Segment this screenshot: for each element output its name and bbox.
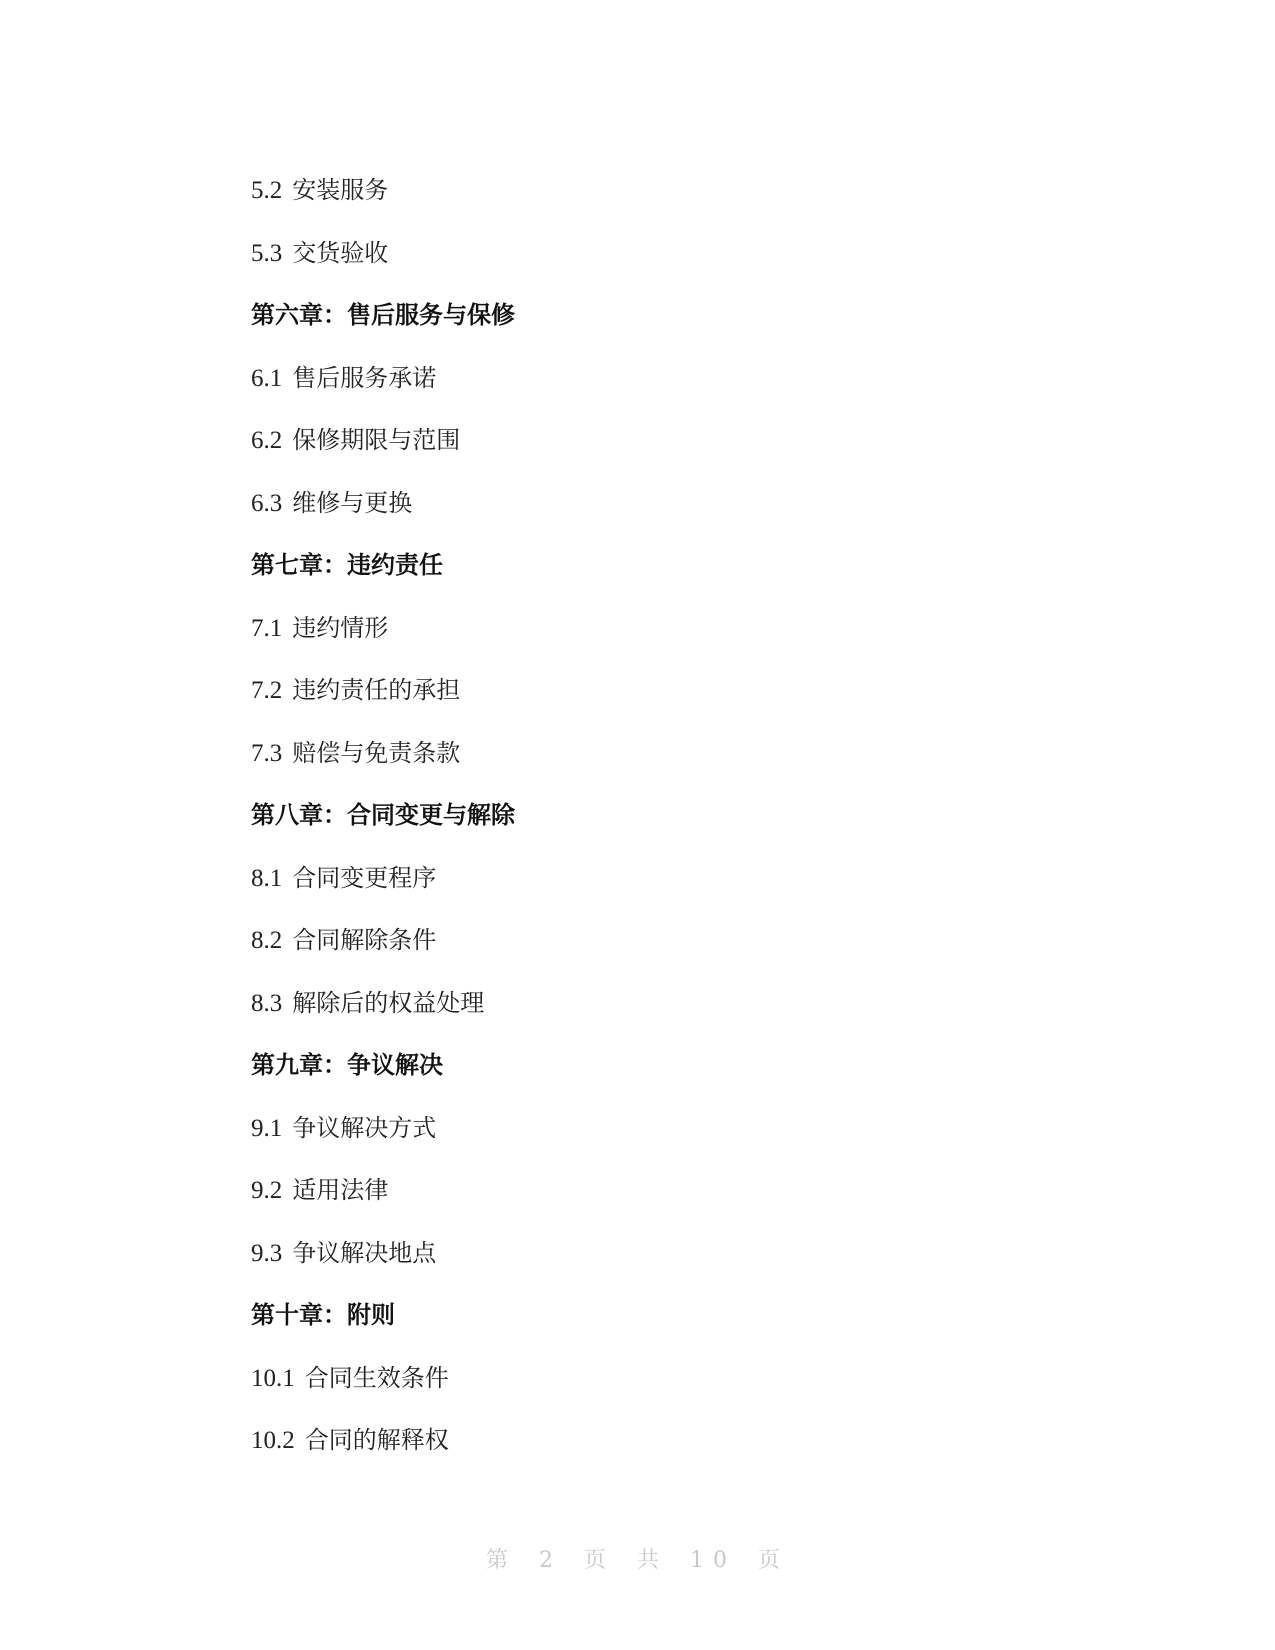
section-title: 交货验收 [292, 239, 388, 267]
section-number: 9.2 [251, 1173, 282, 1209]
section-number: 7.1 [251, 611, 282, 647]
section-title: 违约情形 [292, 614, 388, 642]
page-number-label: 第 2 页 共 10 页 [486, 1548, 789, 1573]
toc-section-7-1: 7.1违约情形 [251, 610, 515, 673]
toc-section-9-1: 9.1争议解决方式 [251, 1110, 515, 1173]
chapter-title: 第八章：合同变更与解除 [251, 801, 515, 829]
chapter-title: 第七章：违约责任 [251, 551, 443, 579]
toc-section-6-1: 6.1售后服务承诺 [251, 360, 515, 423]
toc-section-5-3: 5.3交货验收 [251, 235, 515, 298]
chapter-title: 第九章：争议解决 [251, 1051, 443, 1079]
section-number: 10.1 [251, 1361, 295, 1397]
section-title: 违约责任的承担 [292, 676, 460, 704]
section-title: 售后服务承诺 [292, 364, 436, 392]
toc-chapter-6: 第六章：售后服务与保修 [251, 297, 515, 360]
table-of-contents: 5.2安装服务 5.3交货验收 第六章：售后服务与保修 6.1售后服务承诺 6.… [251, 172, 515, 1485]
chapter-title: 第十章：附则 [251, 1301, 395, 1329]
toc-chapter-7: 第七章：违约责任 [251, 547, 515, 610]
toc-section-9-3: 9.3争议解决地点 [251, 1235, 515, 1298]
section-number: 8.1 [251, 861, 282, 897]
toc-chapter-10: 第十章：附则 [251, 1297, 515, 1360]
section-number: 9.1 [251, 1111, 282, 1147]
section-number: 6.1 [251, 361, 282, 397]
section-title: 争议解决地点 [292, 1239, 436, 1267]
document-page: 5.2安装服务 5.3交货验收 第六章：售后服务与保修 6.1售后服务承诺 6.… [0, 0, 1275, 1650]
toc-section-10-1: 10.1合同生效条件 [251, 1360, 515, 1423]
section-number: 10.2 [251, 1423, 295, 1459]
section-number: 7.2 [251, 673, 282, 709]
toc-section-9-2: 9.2适用法律 [251, 1172, 515, 1235]
toc-chapter-8: 第八章：合同变更与解除 [251, 797, 515, 860]
section-number: 5.2 [251, 173, 282, 209]
section-title: 合同的解释权 [305, 1426, 449, 1454]
chapter-title: 第六章：售后服务与保修 [251, 301, 515, 329]
section-title: 安装服务 [292, 176, 388, 204]
section-title: 合同解除条件 [292, 926, 436, 954]
section-number: 8.2 [251, 923, 282, 959]
toc-section-6-2: 6.2保修期限与范围 [251, 422, 515, 485]
toc-section-7-3: 7.3赔偿与免责条款 [251, 735, 515, 798]
section-number: 8.3 [251, 986, 282, 1022]
section-number: 6.3 [251, 486, 282, 522]
section-title: 保修期限与范围 [292, 426, 460, 454]
toc-section-8-2: 8.2合同解除条件 [251, 922, 515, 985]
section-title: 合同变更程序 [292, 864, 436, 892]
toc-section-10-2: 10.2合同的解释权 [251, 1422, 515, 1485]
toc-section-7-2: 7.2违约责任的承担 [251, 672, 515, 735]
section-number: 7.3 [251, 736, 282, 772]
section-title: 争议解决方式 [292, 1114, 436, 1142]
toc-section-5-2: 5.2安装服务 [251, 172, 515, 235]
section-number: 9.3 [251, 1236, 282, 1272]
toc-section-8-1: 8.1合同变更程序 [251, 860, 515, 923]
toc-section-8-3: 8.3解除后的权益处理 [251, 985, 515, 1048]
toc-chapter-9: 第九章：争议解决 [251, 1047, 515, 1110]
section-title: 维修与更换 [292, 489, 412, 517]
section-title: 合同生效条件 [305, 1364, 449, 1392]
section-number: 6.2 [251, 423, 282, 459]
page-footer: 第 2 页 共 10 页 [0, 1543, 1275, 1574]
section-title: 赔偿与免责条款 [292, 739, 460, 767]
section-number: 5.3 [251, 236, 282, 272]
section-title: 适用法律 [292, 1176, 388, 1204]
toc-section-6-3: 6.3维修与更换 [251, 485, 515, 548]
section-title: 解除后的权益处理 [292, 989, 484, 1017]
